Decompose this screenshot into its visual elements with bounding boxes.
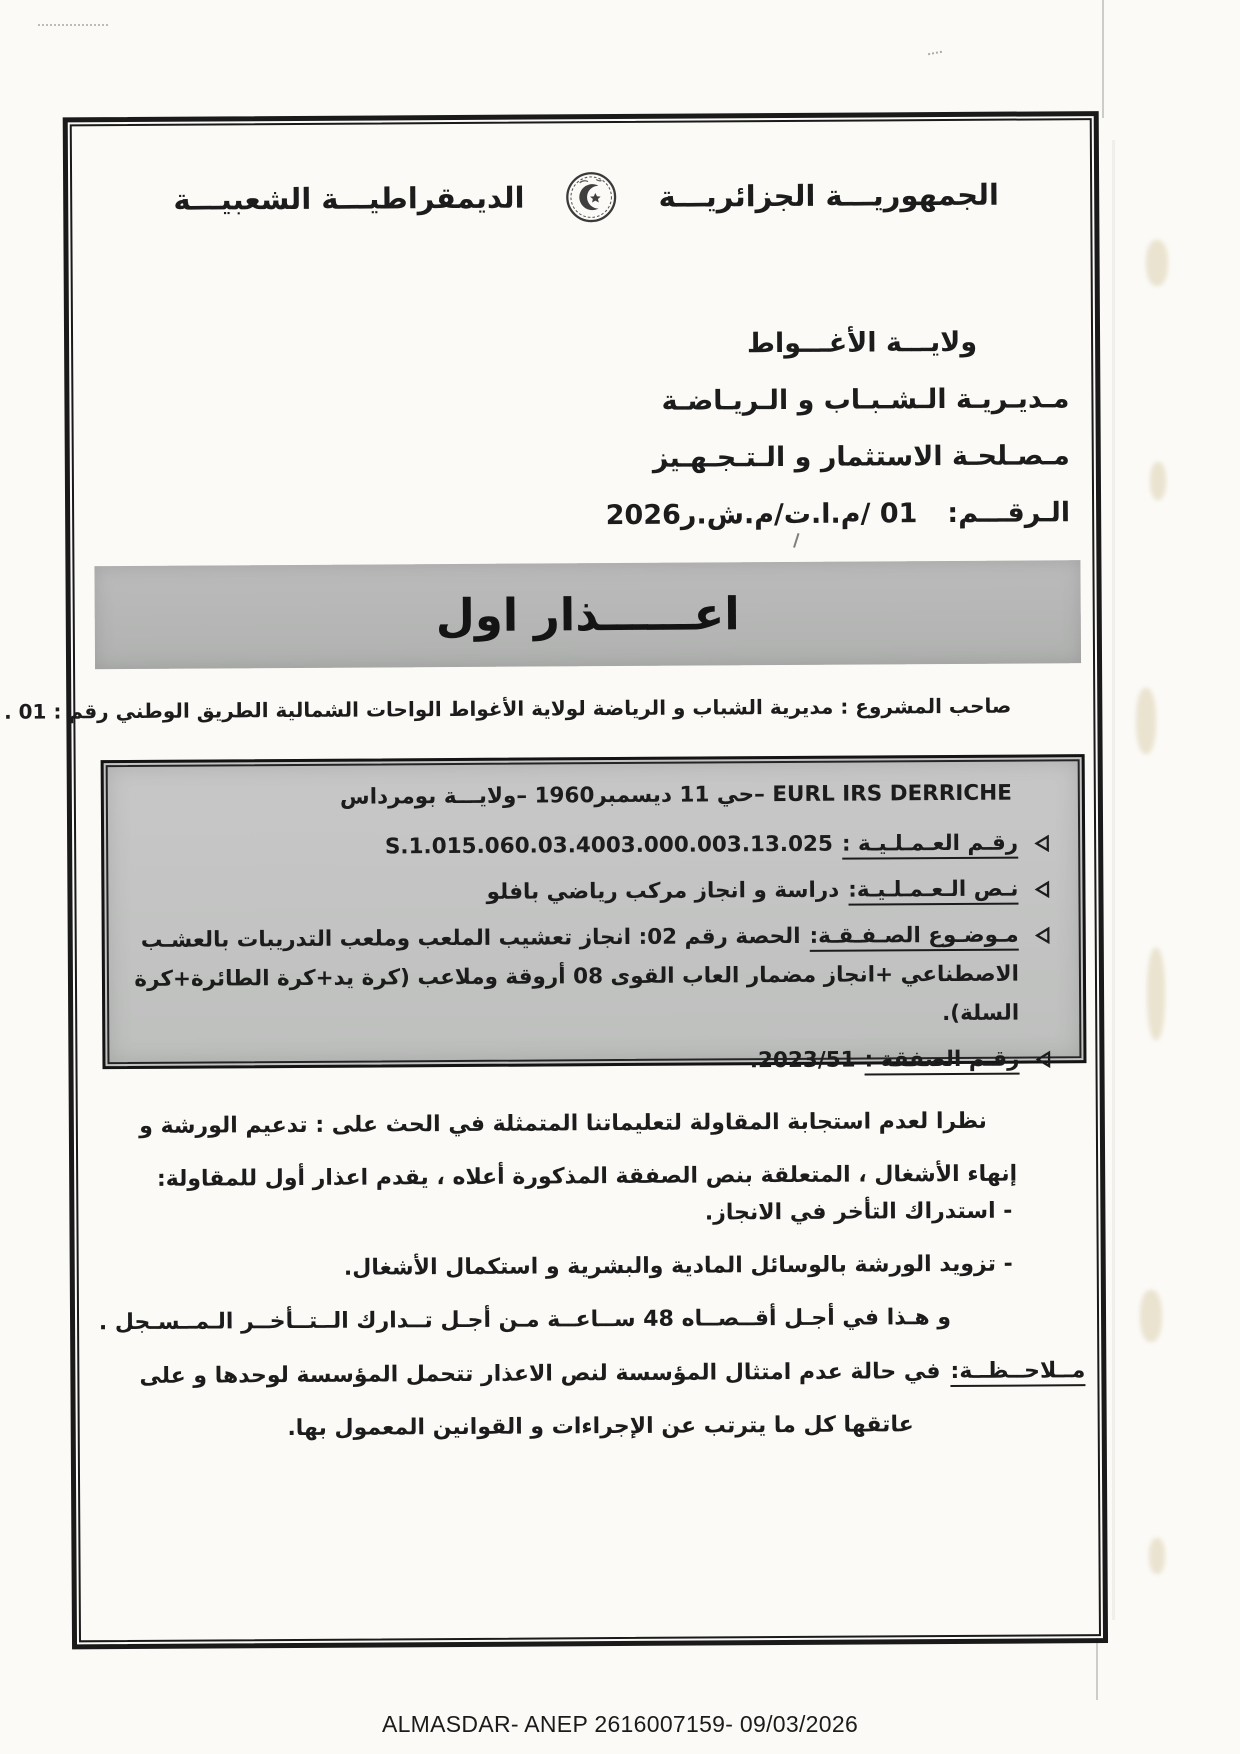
contractor-box-content: EURL IRS DERRICHE –حي 11 ديسمبر1960 –ولا… xyxy=(106,759,1082,1064)
reference-value: 01 /م.ا.ت/م.ش.ر2026 xyxy=(606,498,918,531)
letterhead-wilaya: ولايـــة الأغـــواط xyxy=(579,313,1069,373)
letterhead-service: مـصـلحـة الاستثمار و الـتـجـهـيز xyxy=(580,427,1070,487)
arrow-bullet-icon xyxy=(1033,834,1051,852)
deal-number-label: رقـم الصفقة : xyxy=(865,1047,1020,1076)
scanned-notice-page: { "header": { "title_right": "الجمهوريــ… xyxy=(0,0,1240,1754)
arrow-bullet-icon xyxy=(1034,926,1052,944)
note-paragraph: مــلاحــظــة:في حالة عدم امتثال المؤسسة … xyxy=(108,1344,1086,1456)
letterhead-directorate: مـديـريـة الـشـبـاب و الـريـاضـة xyxy=(579,370,1069,430)
deal-number-value: 2023/51. xyxy=(750,1048,856,1074)
operation-number-item: رقـم العـمـلـيـة :S.1.015.060.03.4003.00… xyxy=(124,823,1054,868)
operation-text-item: نـص الـعـمـلـيـة:دراسة و انجاز مركب رياض… xyxy=(124,869,1054,914)
deadline-line: و هـذا في أجـل أقــصــاه 48 ســاعــة مـن… xyxy=(99,1305,951,1335)
operation-number-value: S.1.015.060.03.4003.000.003.13.025 xyxy=(385,832,833,860)
scanned-document: الجمهوريـــة الجزائريـــة الديمقراطيـــة… xyxy=(0,0,1240,1754)
letterhead: ولايـــة الأغـــواط مـديـريـة الـشـبـاب … xyxy=(579,313,1070,544)
algeria-national-emblem-icon xyxy=(564,170,618,224)
intro-paragraph: نظرا لعدم استجابة المقاولة لتعليماتنا ال… xyxy=(107,1095,1018,1207)
republic-title-right: الجمهوريـــة الجزائريـــة xyxy=(658,178,999,214)
note-text: في حالة عدم امتثال المؤسسة لنص الاعذار ت… xyxy=(139,1359,940,1441)
note-label: مــلاحــظــة: xyxy=(950,1358,1085,1387)
deal-subject-label: مـوضـوع الصـفـقـة: xyxy=(809,923,1018,952)
notice-title: اعــــــذار اول xyxy=(436,587,740,642)
arrow-bullet-icon xyxy=(1034,1050,1052,1068)
operation-number-label: رقـم العـمـلـيـة : xyxy=(842,831,1018,860)
remedy-item-1: - استدراك التأخر في الانجاز. xyxy=(705,1199,1013,1226)
arrow-bullet-icon xyxy=(1033,880,1051,898)
reference-line: الـرقـــم:01 /م.ا.ت/م.ش.ر2026 xyxy=(580,484,1070,544)
deal-subject-item: مـوضـوع الصـفـقـة:الحصة رقم 02: انجاز تع… xyxy=(125,915,1056,1038)
operation-text-label: نـص الـعـمـلـيـة: xyxy=(848,877,1018,906)
republic-header: الجمهوريـــة الجزائريـــة الديمقراطيـــة… xyxy=(126,167,1046,227)
operation-text-value: دراسة و انجاز مركب رياضي بافلو xyxy=(487,878,840,905)
contractor-box: EURL IRS DERRICHE –حي 11 ديسمبر1960 –ولا… xyxy=(101,754,1087,1069)
remedy-item-2: - تزويد الورشة بالوسائل المادية والبشرية… xyxy=(344,1252,1013,1281)
anep-footer-line: ALMASDAR- ANEP 2616007159- 09/03/2026 xyxy=(0,1711,1240,1738)
reference-label: الـرقـــم: xyxy=(947,497,1070,529)
deal-number-item: رقـم الصفقة :2023/51. xyxy=(125,1039,1055,1084)
republic-title-left: الديمقراطيـــة الشعبيـــة xyxy=(173,181,524,217)
notice-title-banner: اعــــــذار اول xyxy=(94,560,1081,669)
contractor-company-line: EURL IRS DERRICHE –حي 11 ديسمبر1960 –ولا… xyxy=(124,773,1054,819)
